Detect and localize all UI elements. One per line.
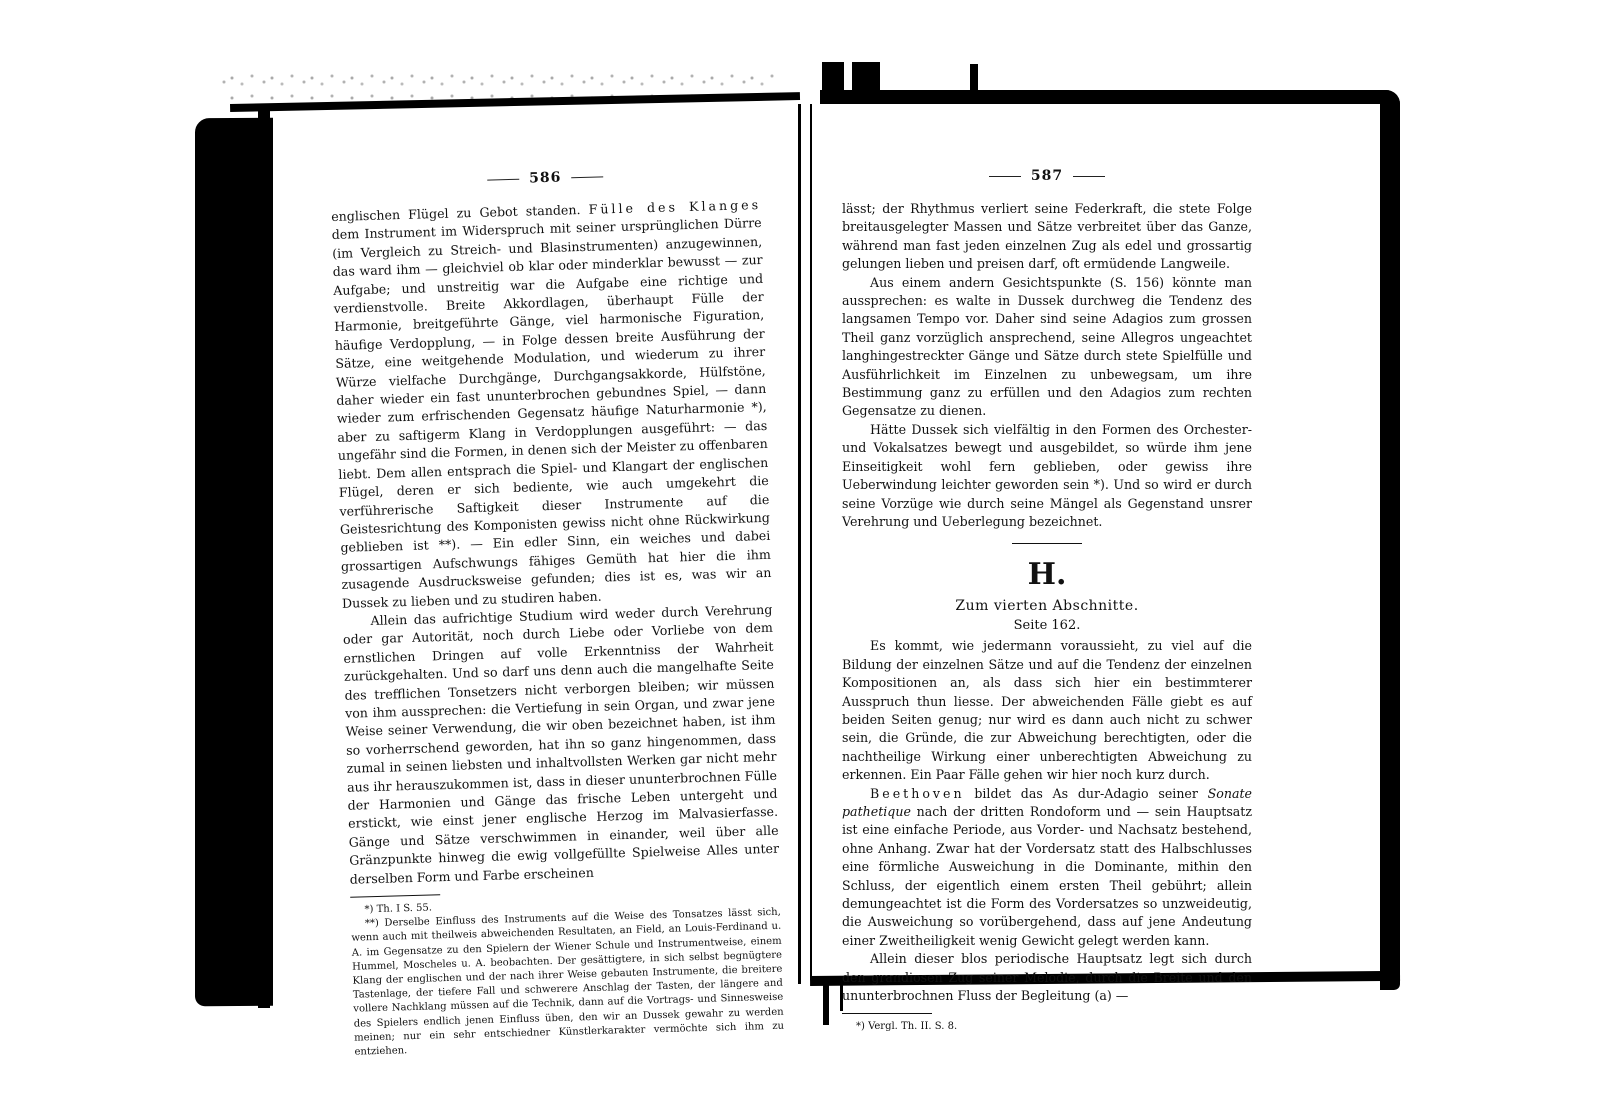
text-span: dem Instrument im Widerspruch mit seiner… [332, 215, 772, 610]
paragraph: Allein dieser blos periodische Hauptsatz… [842, 950, 1252, 1005]
paragraph: Beethoven bildet das As dur-Adagio seine… [842, 785, 1252, 951]
paragraph: Es kommt, wie jedermann voraussieht, zu … [842, 637, 1252, 784]
right-page-side-edge [1380, 90, 1400, 990]
footnote-rule [350, 894, 440, 898]
right-page-left-edge [810, 104, 812, 980]
page-number-dash [487, 178, 519, 180]
paragraph: Aus einem andern Gesichtspunkte (S. 156)… [842, 274, 1252, 421]
footnote: **) Derselbe Einfluss des Instruments au… [351, 906, 785, 1060]
scan-artifact [823, 985, 829, 1025]
spaced-emphasis: Fülle des Klanges [588, 197, 761, 217]
right-page-top-edge [820, 90, 1400, 104]
spaced-emphasis: Beethoven [870, 786, 965, 801]
page-number-text: 586 [529, 170, 562, 187]
page-number-text: 587 [1031, 168, 1063, 184]
book-scan: 586 englischen Flügel zu Gebot standen. … [0, 0, 1600, 1098]
paragraph: englischen Flügel zu Gebot standen. Füll… [331, 196, 772, 613]
section-divider [1012, 543, 1082, 544]
page-number-dash [989, 176, 1021, 177]
right-page: 587 lässt; der Rhythmus verliert seine F… [842, 168, 1252, 1035]
section-number: H. [842, 558, 1252, 592]
section-title: Zum vierten Abschnitte. [842, 598, 1252, 614]
left-page: 586 englischen Flügel zu Gebot standen. … [330, 164, 785, 1060]
paragraph: Hätte Dussek sich vielfältig in den Form… [842, 421, 1252, 531]
page-number-dash [571, 176, 603, 178]
footnote-rule [842, 1013, 932, 1014]
section-page-ref: Seite 162. [842, 618, 1252, 633]
page-number: 587 [842, 168, 1252, 184]
page-number-dash [1073, 176, 1105, 177]
left-page-edge-inner [258, 108, 270, 1008]
footnote: *) Vergl. Th. II. S. 8. [842, 1020, 1252, 1034]
page-number: 586 [330, 164, 760, 192]
text-span: bildet das As dur-Adagio seiner [965, 786, 1208, 801]
book-gutter [798, 104, 801, 984]
paragraph: lässt; der Rhythmus verliert seine Feder… [842, 200, 1252, 274]
text-span: nach der dritten Rondoform und — sein Ha… [842, 804, 1252, 948]
paragraph: Allein das aufrichtige Studium wird wede… [342, 601, 780, 889]
